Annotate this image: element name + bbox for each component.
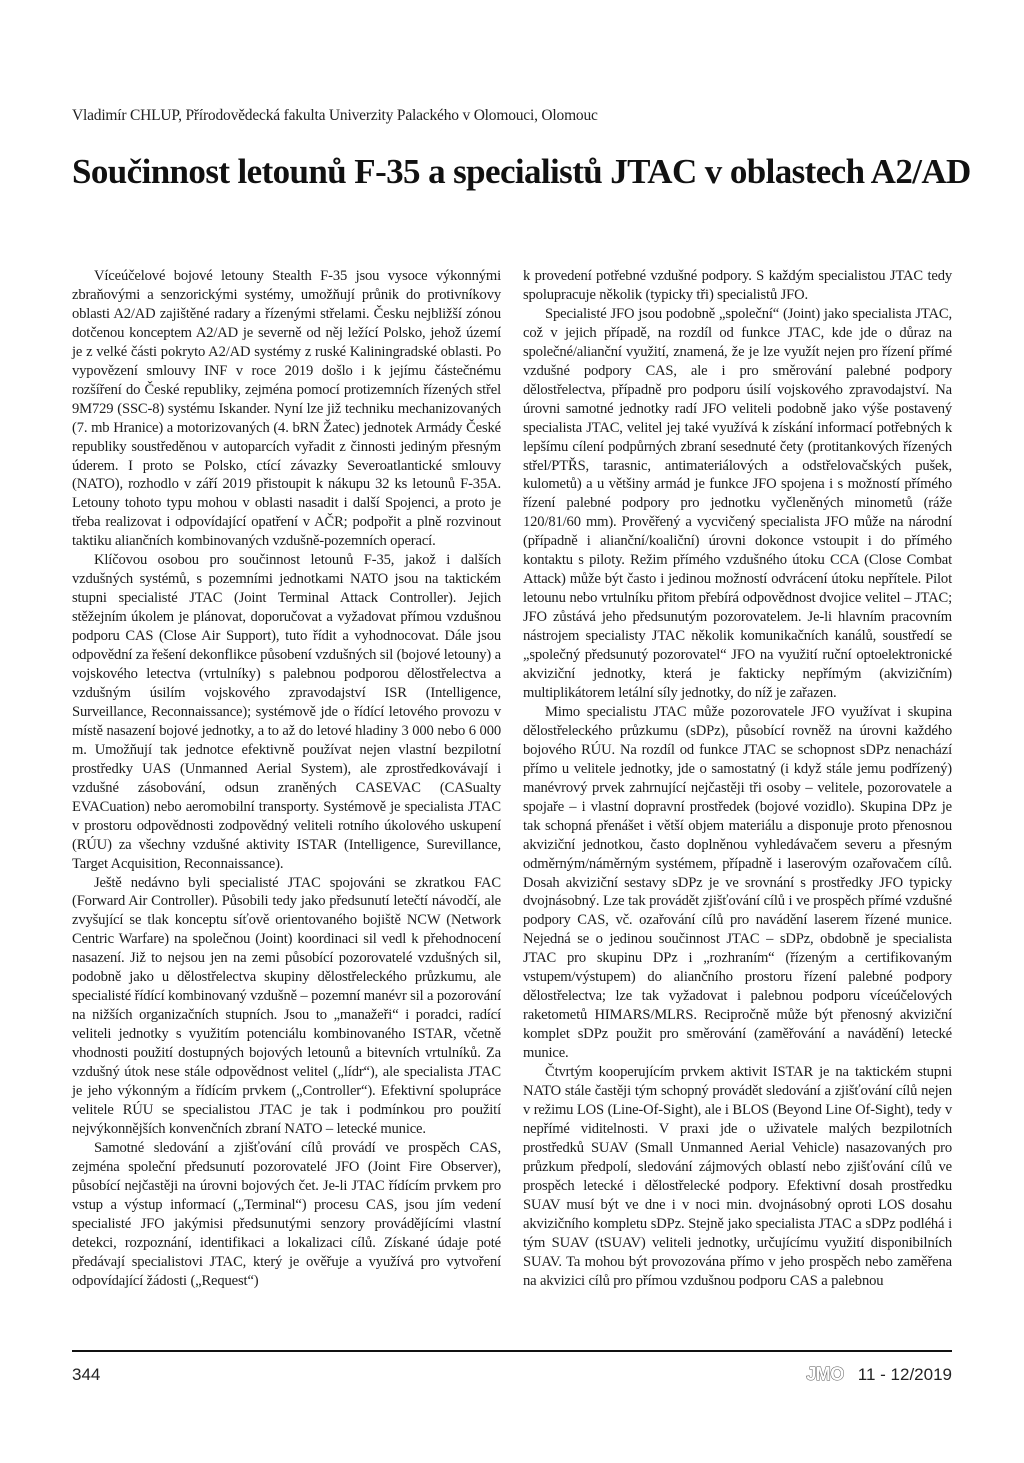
page-footer: 344 JMO 11 - 12/2019 bbox=[72, 1364, 952, 1385]
jmo-logo-icon: JMO bbox=[806, 1364, 844, 1385]
paragraph: Ještě nedávno byli specialisté JTAC spoj… bbox=[72, 874, 501, 1139]
right-column: k provedení potřebné vzdušné podpory. S … bbox=[523, 267, 952, 1290]
article-title: Součinnost letounů F-35 a specialistů JT… bbox=[72, 152, 971, 192]
paragraph: Specialisté JFO jsou podobně „společní“ … bbox=[523, 305, 952, 703]
footer-divider bbox=[72, 1350, 952, 1352]
page-number: 344 bbox=[72, 1365, 100, 1385]
left-column: Víceúčelové bojové letouny Stealth F-35 … bbox=[72, 267, 501, 1290]
paragraph: Víceúčelové bojové letouny Stealth F-35 … bbox=[72, 267, 501, 551]
issue-number: 11 - 12/2019 bbox=[858, 1365, 952, 1385]
issue-info: JMO 11 - 12/2019 bbox=[806, 1364, 952, 1385]
paragraph: Čtvrtým kooperujícím prvkem aktivit ISTA… bbox=[523, 1063, 952, 1290]
paragraph-continued: k provedení potřebné vzdušné podpory. S … bbox=[523, 267, 952, 305]
paragraph: Mimo specialistu JTAC může pozorovatele … bbox=[523, 703, 952, 1063]
author-affiliation: Vladimír CHLUP, Přírodovědecká fakulta U… bbox=[72, 107, 598, 125]
article-body: Víceúčelové bojové letouny Stealth F-35 … bbox=[72, 267, 952, 1290]
paragraph: Klíčovou osobou pro součinnost letounů F… bbox=[72, 551, 501, 873]
paragraph: Samotné sledování a zjišťování cílů prov… bbox=[72, 1139, 501, 1291]
